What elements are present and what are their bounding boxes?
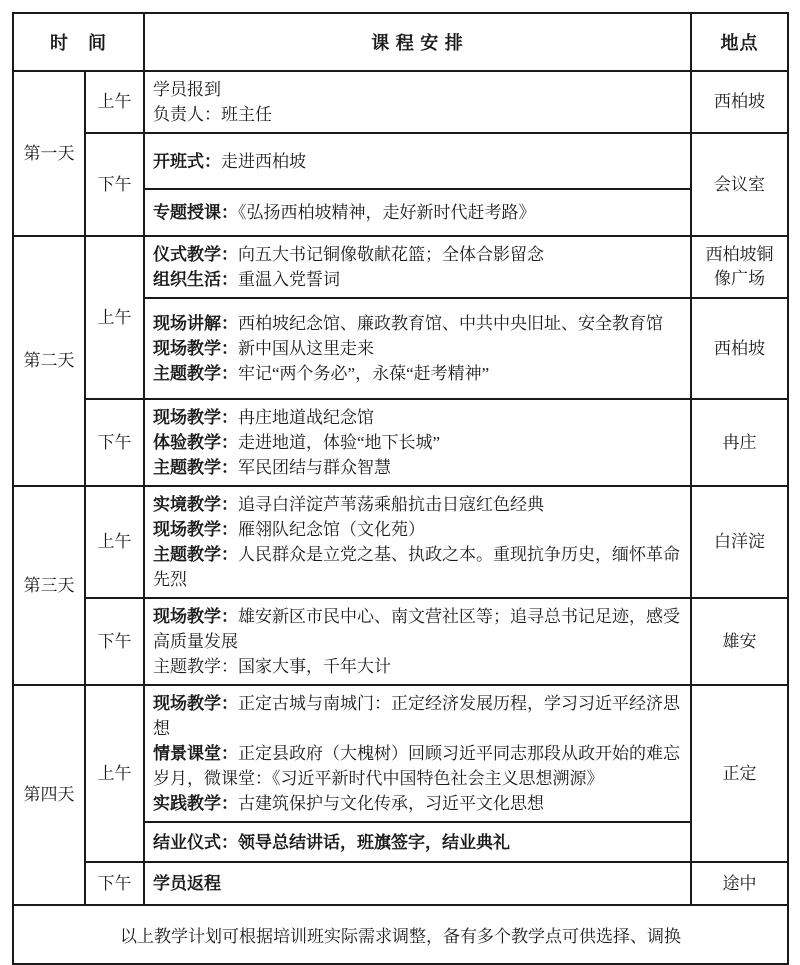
day1-pm-time: 下午	[85, 133, 144, 236]
header-place: 地点	[691, 13, 788, 71]
course-text: 牢记“两个务必”，永葆“赶考精神”	[238, 364, 489, 383]
course-text: 负责人：班主任	[153, 105, 272, 124]
day1-pm-course2: 专题授课：《弘扬西柏坡精神，走好新时代赶考路》	[144, 189, 691, 236]
course-line: 主题教学：人民群众是立党之基、执政之本。重现抗争历史，缅怀革命先烈	[153, 542, 680, 592]
course-text: 学员报到	[153, 80, 221, 99]
course-label: 主题教学：	[153, 545, 238, 564]
day4-am-course1: 现场教学：正定古城与南城门：正定经济发展历程，学习习近平经济思想 情景课堂：正定…	[144, 685, 691, 822]
day4-pm-course: 学员返程	[144, 862, 691, 905]
day2-am-place1: 西柏坡铜像广场	[691, 236, 788, 298]
course-line: 开班式：走进西柏坡	[153, 149, 680, 174]
day1-am-place: 西柏坡	[691, 71, 788, 133]
course-line: 主题教学：军民团结与群众智慧	[153, 455, 680, 480]
course-label: 仪式教学：	[153, 245, 238, 264]
day3-am-row: 第三天 上午 实境教学：追寻白洋淀芦苇荡乘船抗击日寇红色经典 现场教学：雁翎队纪…	[13, 486, 788, 598]
day2-pm-time: 下午	[85, 399, 144, 486]
header-time: 时 间	[13, 13, 144, 71]
day3-pm-time: 下午	[85, 598, 144, 685]
course-label: 结业仪式：	[153, 833, 238, 852]
day2-am-course1: 仪式教学：向五大书记铜像敬献花篮；全体合影留念 组织生活：重温入党誓词	[144, 236, 691, 298]
course-text: 向五大书记铜像敬献花篮；全体合影留念	[238, 245, 544, 264]
course-text: 追寻白洋淀芦苇荡乘船抗击日寇红色经典	[238, 495, 544, 514]
course-label: 现场讲解：	[153, 314, 238, 333]
course-text: 国家大事，千年大计	[238, 657, 391, 676]
day2-am-course2: 现场讲解：西柏坡纪念馆、廉政教育馆、中共中央旧址、安全教育馆 现场教学：新中国从…	[144, 298, 691, 399]
course-label: 专题授课：	[153, 203, 238, 222]
course-label: 组织生活：	[153, 270, 238, 289]
course-label: 现场教学：	[153, 339, 238, 358]
course-label: 现场教学：	[153, 607, 238, 626]
course-line: 专题授课：《弘扬西柏坡精神，走好新时代赶考路》	[153, 200, 680, 225]
day4-pm-place: 途中	[691, 862, 788, 905]
day2-am-time: 上午	[85, 236, 144, 399]
course-line: 现场教学：正定古城与南城门：正定经济发展历程，学习习近平经济思想	[153, 691, 680, 741]
course-label: 主题教学：	[153, 364, 238, 383]
schedule-table: 时 间 课 程 安 排 地点 第一天 上午 学员报到 负责人：班主任 西柏坡 下…	[12, 12, 789, 965]
course-line: 学员返程	[153, 871, 680, 896]
course-line: 组织生活：重温入党誓词	[153, 267, 680, 292]
course-line: 仪式教学：向五大书记铜像敬献花篮；全体合影留念	[153, 242, 680, 267]
course-label: 现场教学：	[153, 694, 238, 713]
day1-am-course: 学员报到 负责人：班主任	[144, 71, 691, 133]
course-label: 实践教学：	[153, 794, 238, 813]
day2-am-row1: 第二天 上午 仪式教学：向五大书记铜像敬献花篮；全体合影留念 组织生活：重温入党…	[13, 236, 788, 298]
course-line: 学员报到	[153, 77, 680, 102]
course-label: 主题教学：	[153, 657, 238, 676]
course-line: 现场教学：雄安新区市民中心、南文营社区等；追寻总书记足迹，感受高质量发展	[153, 604, 680, 654]
day3-pm-place: 雄安	[691, 598, 788, 685]
course-line: 负责人：班主任	[153, 102, 680, 127]
day2-pm-place: 冉庄	[691, 399, 788, 486]
course-line: 主题教学：牢记“两个务必”，永葆“赶考精神”	[153, 361, 680, 386]
course-label: 现场教学：	[153, 408, 238, 427]
course-label: 情景课堂：	[153, 744, 238, 763]
course-line: 情景课堂：正定县政府（大槐树）回顾习近平同志那段从政开始的难忘岁月，微课堂：《习…	[153, 741, 680, 791]
course-line: 主题教学：国家大事，千年大计	[153, 654, 680, 679]
footer-note: 以上教学计划可根据培训班实际需求调整，备有多个教学点可供选择、调换	[13, 905, 788, 964]
course-text: 《弘扬西柏坡精神，走好新时代赶考路》	[238, 203, 536, 222]
day3-pm-row: 下午 现场教学：雄安新区市民中心、南文营社区等；追寻总书记足迹，感受高质量发展 …	[13, 598, 788, 685]
course-line: 实践教学：古建筑保护与文化传承，习近平文化思想	[153, 791, 680, 816]
day1-am-row: 第一天 上午 学员报到 负责人：班主任 西柏坡	[13, 71, 788, 133]
course-label: 体验教学：	[153, 433, 238, 452]
day2-am-place2: 西柏坡	[691, 298, 788, 399]
course-label: 实境教学：	[153, 495, 238, 514]
course-line: 现场教学：新中国从这里走来	[153, 336, 680, 361]
header-course: 课 程 安 排	[144, 13, 691, 71]
course-label: 主题教学：	[153, 458, 238, 477]
course-label: 现场教学：	[153, 520, 238, 539]
day1-pm-row1: 下午 开班式：走进西柏坡 会议室	[13, 133, 788, 189]
course-text: 古建筑保护与文化传承，习近平文化思想	[238, 794, 544, 813]
day2-pm-course: 现场教学：冉庄地道战纪念馆 体验教学：走进地道，体验“地下长城” 主题教学：军民…	[144, 399, 691, 486]
day1-label: 第一天	[13, 71, 85, 236]
day3-label: 第三天	[13, 486, 85, 685]
course-line: 结业仪式：领导总结讲话，班旗签字，结业典礼	[153, 830, 680, 855]
day4-pm-time: 下午	[85, 862, 144, 905]
day4-am-place: 正定	[691, 685, 788, 862]
day3-am-place: 白洋淀	[691, 486, 788, 598]
course-text: 新中国从这里走来	[238, 339, 374, 358]
day1-pm-course1: 开班式：走进西柏坡	[144, 133, 691, 189]
course-text: 军民团结与群众智慧	[238, 458, 391, 477]
day4-pm-row: 下午 学员返程 途中	[13, 862, 788, 905]
course-line: 实境教学：追寻白洋淀芦苇荡乘船抗击日寇红色经典	[153, 492, 680, 517]
course-text: 走进西柏坡	[221, 152, 306, 171]
course-text: 重温入党誓词	[238, 270, 340, 289]
day1-am-time: 上午	[85, 71, 144, 133]
course-line: 现场教学：冉庄地道战纪念馆	[153, 405, 680, 430]
course-text: 走进地道，体验“地下长城”	[238, 433, 440, 452]
day3-am-course: 实境教学：追寻白洋淀芦苇荡乘船抗击日寇红色经典 现场教学：雁翎队纪念馆（文化苑）…	[144, 486, 691, 598]
course-text: 西柏坡纪念馆、廉政教育馆、中共中央旧址、安全教育馆	[238, 314, 663, 333]
course-label: 开班式：	[153, 152, 221, 171]
course-text: 学员返程	[153, 874, 221, 893]
header-row: 时 间 课 程 安 排 地点	[13, 13, 788, 71]
day2-pm-row: 下午 现场教学：冉庄地道战纪念馆 体验教学：走进地道，体验“地下长城” 主题教学…	[13, 399, 788, 486]
day4-am-row1: 第四天 上午 现场教学：正定古城与南城门：正定经济发展历程，学习习近平经济思想 …	[13, 685, 788, 822]
course-line: 现场教学：雁翎队纪念馆（文化苑）	[153, 517, 680, 542]
day3-am-time: 上午	[85, 486, 144, 598]
day2-label: 第二天	[13, 236, 85, 486]
day3-pm-course: 现场教学：雄安新区市民中心、南文营社区等；追寻总书记足迹，感受高质量发展 主题教…	[144, 598, 691, 685]
course-line: 体验教学：走进地道，体验“地下长城”	[153, 430, 680, 455]
day4-am-time: 上午	[85, 685, 144, 862]
course-text: 领导总结讲话，班旗签字，结业典礼	[238, 833, 510, 852]
day4-label: 第四天	[13, 685, 85, 905]
course-text: 雁翎队纪念馆（文化苑）	[238, 520, 425, 539]
page: { "header": { "time": "时 间", "course": "…	[0, 0, 800, 935]
course-line: 现场讲解：西柏坡纪念馆、廉政教育馆、中共中央旧址、安全教育馆	[153, 311, 680, 336]
day1-pm-place: 会议室	[691, 133, 788, 236]
day4-closing-ceremony: 结业仪式：领导总结讲话，班旗签字，结业典礼	[144, 822, 691, 862]
course-text: 冉庄地道战纪念馆	[238, 408, 374, 427]
